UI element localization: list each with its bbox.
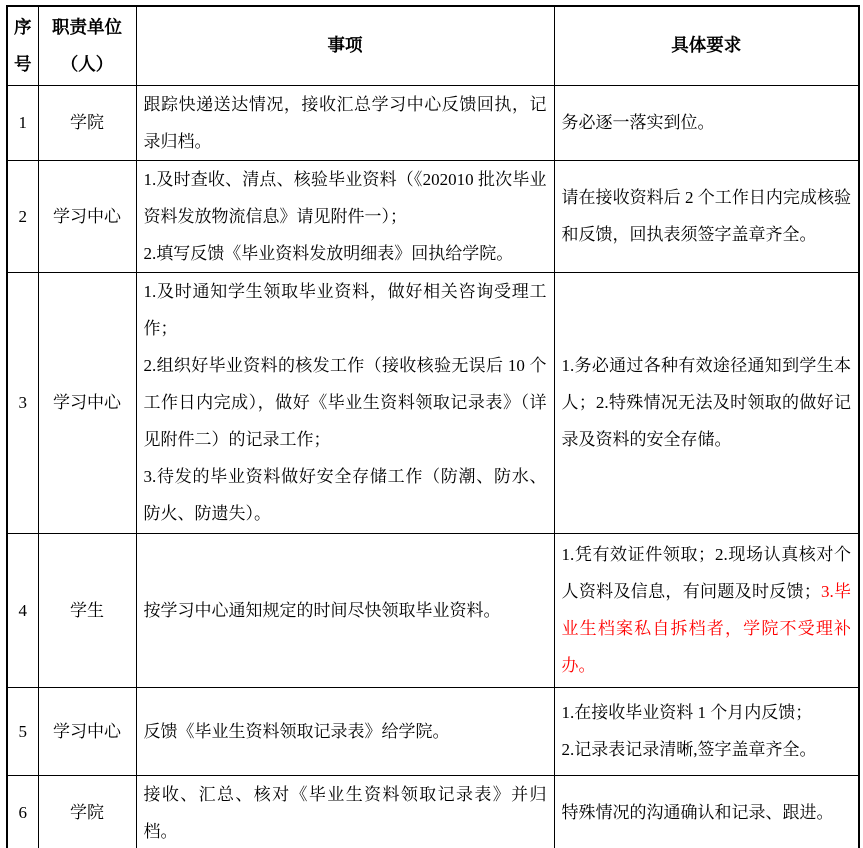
- table-header-row: 序 号 职责单位 （人） 事项 具体要求: [7, 6, 859, 85]
- header-unit-line1: 职责单位: [41, 9, 134, 46]
- table-row: 3 学习中心 1.及时通知学生领取毕业资料，做好相关咨询受理工作； 2.组织好毕…: [7, 272, 859, 533]
- unit-cell: 学院: [38, 775, 136, 848]
- requirement-paragraph: 1.在接收毕业资料 1 个月内反馈；: [562, 694, 852, 731]
- responsibility-table: 序 号 职责单位 （人） 事项 具体要求 1 学院 跟踪快递送达情况，接收汇总学…: [6, 5, 860, 848]
- requirement-cell: 1.在接收毕业资料 1 个月内反馈； 2.记录表记录清晰,签字盖章齐全。: [554, 687, 859, 775]
- requirement-cell: 务必逐一落实到位。: [554, 85, 859, 160]
- unit-cell: 学院: [38, 85, 136, 160]
- unit-cell: 学习中心: [38, 272, 136, 533]
- table-row: 2 学习中心 1.及时查收、清点、核验毕业资料（《202010 批次毕业资料发放…: [7, 160, 859, 272]
- matter-paragraph: 1.及时查收、清点、核验毕业资料（《202010 批次毕业资料发放物流信息》请见…: [144, 161, 547, 235]
- matter-cell: 接收、汇总、核对《毕业生资料领取记录表》并归档。: [136, 775, 554, 848]
- header-unit-cell: 职责单位 （人）: [38, 6, 136, 85]
- table-row: 1 学院 跟踪快递送达情况，接收汇总学习中心反馈回执，记录归档。 务必逐一落实到…: [7, 85, 859, 160]
- seq-cell: 2: [7, 160, 38, 272]
- seq-cell: 4: [7, 533, 38, 687]
- matter-paragraph: 反馈《毕业生资料领取记录表》给学院。: [144, 713, 547, 750]
- unit-cell: 学习中心: [38, 160, 136, 272]
- matter-paragraph: 1.及时通知学生领取毕业资料，做好相关咨询受理工作；: [144, 273, 547, 347]
- matter-cell: 1.及时查收、清点、核验毕业资料（《202010 批次毕业资料发放物流信息》请见…: [136, 160, 554, 272]
- requirement-paragraph: 2.记录表记录清晰,签字盖章齐全。: [562, 731, 852, 768]
- requirement-cell: 1.凭有效证件领取；2.现场认真核对个人资料及信息，有问题及时反馈；3.毕业生档…: [554, 533, 859, 687]
- unit-cell: 学习中心: [38, 687, 136, 775]
- requirement-paragraph: 务必逐一落实到位。: [562, 104, 852, 141]
- requirement-paragraph: 1.凭有效证件领取；2.现场认真核对个人资料及信息，有问题及时反馈；3.毕业生档…: [562, 536, 852, 684]
- matter-paragraph: 接收、汇总、核对《毕业生资料领取记录表》并归档。: [144, 776, 547, 848]
- unit-cell: 学生: [38, 533, 136, 687]
- requirement-paragraph: 请在接收资料后 2 个工作日内完成核验和反馈，回执表须签字盖章齐全。: [562, 179, 852, 253]
- matter-cell: 1.及时通知学生领取毕业资料，做好相关咨询受理工作； 2.组织好毕业资料的核发工…: [136, 272, 554, 533]
- requirement-paragraph: 1.务必通过各种有效途径通知到学生本人；2.特殊情况无法及时领取的做好记录及资料…: [562, 347, 852, 458]
- matter-paragraph: 2.组织好毕业资料的核发工作（接收核验无误后 10 个工作日内完成），做好《毕业…: [144, 347, 547, 458]
- seq-cell: 6: [7, 775, 38, 848]
- matter-paragraph: 按学习中心通知规定的时间尽快领取毕业资料。: [144, 592, 547, 629]
- table-row: 5 学习中心 反馈《毕业生资料领取记录表》给学院。 1.在接收毕业资料 1 个月…: [7, 687, 859, 775]
- table-row: 6 学院 接收、汇总、核对《毕业生资料领取记录表》并归档。 特殊情况的沟通确认和…: [7, 775, 859, 848]
- table-row: 4 学生 按学习中心通知规定的时间尽快领取毕业资料。 1.凭有效证件领取；2.现…: [7, 533, 859, 687]
- seq-cell: 1: [7, 85, 38, 160]
- requirement-cell: 请在接收资料后 2 个工作日内完成核验和反馈，回执表须签字盖章齐全。: [554, 160, 859, 272]
- seq-cell: 3: [7, 272, 38, 533]
- matter-paragraph: 2.填写反馈《毕业资料发放明细表》回执给学院。: [144, 235, 547, 272]
- header-requirement-cell: 具体要求: [554, 6, 859, 85]
- requirement-paragraph: 特殊情况的沟通确认和记录、跟进。: [562, 794, 852, 831]
- requirement-text-black: 1.凭有效证件领取；2.现场认真核对个人资料及信息，有问题及时反馈；: [562, 545, 852, 601]
- header-unit-line2: （人）: [41, 46, 134, 83]
- requirement-cell: 1.务必通过各种有效途径通知到学生本人；2.特殊情况无法及时领取的做好记录及资料…: [554, 272, 859, 533]
- document-page: 序 号 职责单位 （人） 事项 具体要求 1 学院 跟踪快递送达情况，接收汇总学…: [0, 0, 863, 848]
- matter-cell: 反馈《毕业生资料领取记录表》给学院。: [136, 687, 554, 775]
- header-seq-cell: 序 号: [7, 6, 38, 85]
- header-seq-line2: 号: [10, 46, 36, 83]
- matter-paragraph: 跟踪快递送达情况，接收汇总学习中心反馈回执，记录归档。: [144, 86, 547, 160]
- matter-paragraph: 3.待发的毕业资料做好安全存储工作（防潮、防水、防火、防遗失）。: [144, 458, 547, 532]
- header-matter-cell: 事项: [136, 6, 554, 85]
- seq-cell: 5: [7, 687, 38, 775]
- matter-cell: 按学习中心通知规定的时间尽快领取毕业资料。: [136, 533, 554, 687]
- matter-cell: 跟踪快递送达情况，接收汇总学习中心反馈回执，记录归档。: [136, 85, 554, 160]
- requirement-cell: 特殊情况的沟通确认和记录、跟进。: [554, 775, 859, 848]
- header-seq-line1: 序: [10, 9, 36, 46]
